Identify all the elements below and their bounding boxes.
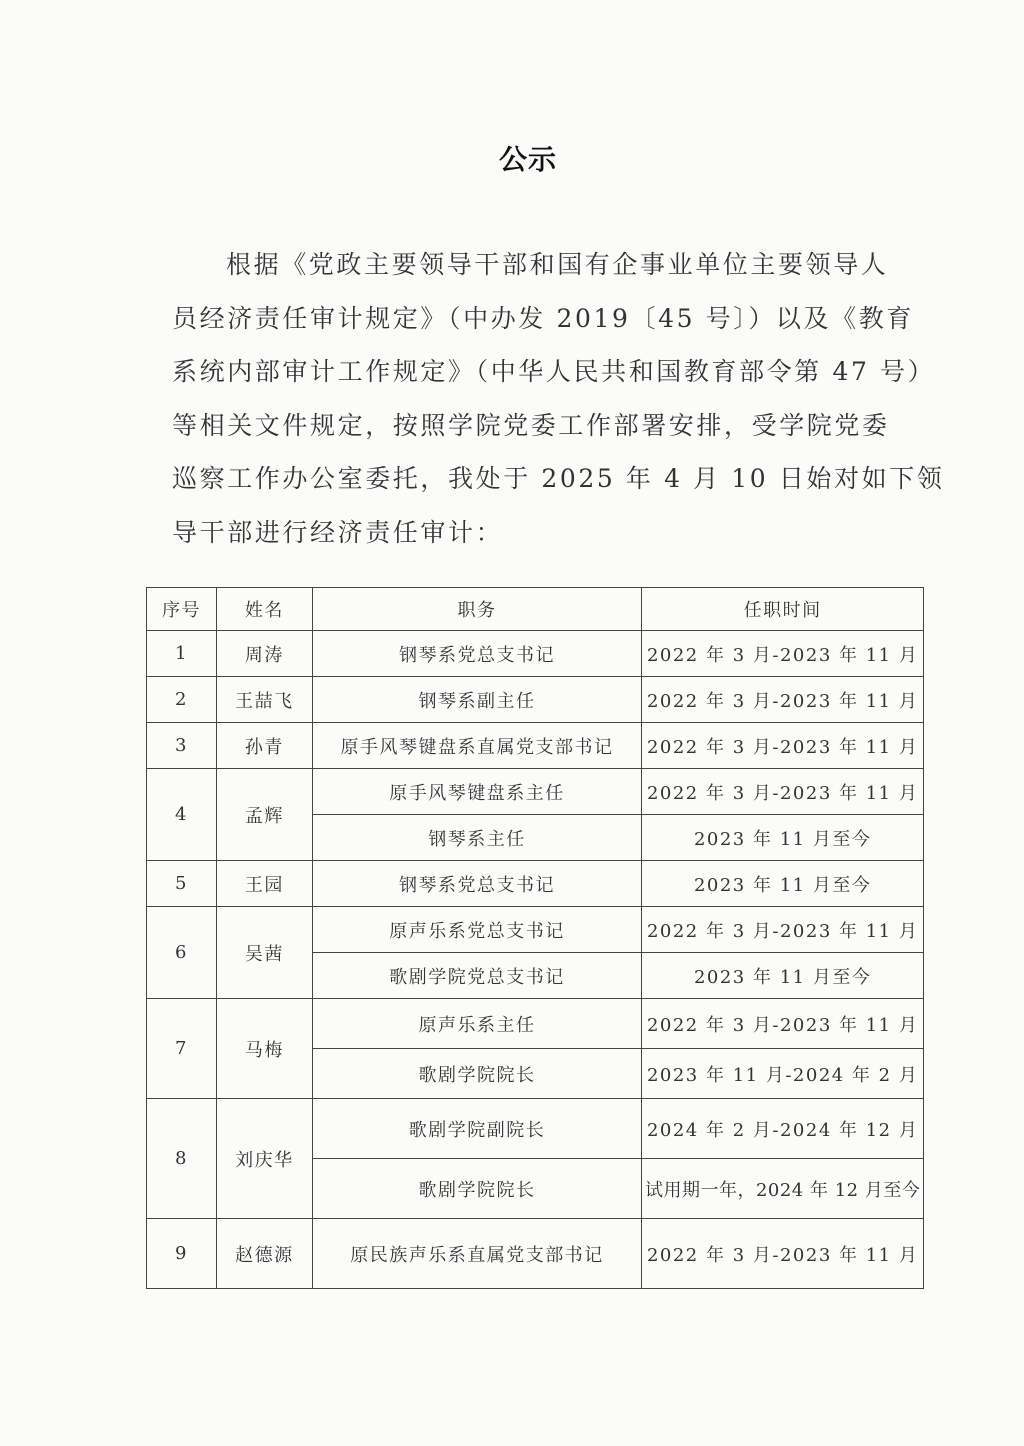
cell-name: 刘庆华	[216, 1099, 312, 1219]
cell-position: 歌剧学院院长	[312, 1159, 642, 1219]
cell-period: 2023 年 11 月至今	[642, 953, 924, 999]
paragraph-line: 员经济责任审计规定》（中办发 2019〔45 号〕）以及《教育	[172, 292, 892, 346]
table-header-row: 序号 姓名 职务 任职时间	[147, 588, 924, 631]
audit-table: 序号 姓名 职务 任职时间 1 周涛 钢琴系党总支书记 2022 年 3 月-2…	[146, 587, 924, 1289]
table-row: 4 孟辉 原手风琴键盘系主任 2022 年 3 月-2023 年 11 月	[147, 769, 924, 815]
cell-position: 原民族声乐系直属党支部书记	[312, 1219, 642, 1289]
cell-no: 3	[147, 723, 217, 769]
cell-period: 2023 年 11 月-2024 年 2 月	[642, 1049, 924, 1099]
cell-name: 孟辉	[216, 769, 312, 861]
cell-position: 原声乐系党总支书记	[312, 907, 642, 953]
cell-period: 2022 年 3 月-2023 年 11 月	[642, 677, 924, 723]
cell-period: 2022 年 3 月-2023 年 11 月	[642, 1219, 924, 1289]
cell-position: 钢琴系副主任	[312, 677, 642, 723]
header-position: 职务	[312, 588, 642, 631]
table-row: 3 孙青 原手风琴键盘系直属党支部书记 2022 年 3 月-2023 年 11…	[147, 723, 924, 769]
table-row: 5 王园 钢琴系党总支书记 2023 年 11 月至今	[147, 861, 924, 907]
cell-name: 周涛	[216, 631, 312, 677]
cell-position: 原手风琴键盘系主任	[312, 769, 642, 815]
cell-position: 歌剧学院党总支书记	[312, 953, 642, 999]
cell-position: 原手风琴键盘系直属党支部书记	[312, 723, 642, 769]
cell-period: 2024 年 2 月-2024 年 12 月	[642, 1099, 924, 1159]
cell-no: 5	[147, 861, 217, 907]
table-row: 1 周涛 钢琴系党总支书记 2022 年 3 月-2023 年 11 月	[147, 631, 924, 677]
paragraph-line: 等相关文件规定，按照学院党委工作部署安排，受学院党委	[172, 399, 892, 453]
cell-position: 钢琴系党总支书记	[312, 861, 642, 907]
cell-period: 2023 年 11 月至今	[642, 815, 924, 861]
cell-name: 马梅	[216, 999, 312, 1099]
cell-period: 2023 年 11 月至今	[642, 861, 924, 907]
cell-position: 钢琴系党总支书记	[312, 631, 642, 677]
cell-period: 试用期一年，2024 年 12 月至今	[642, 1159, 924, 1219]
table-row: 6 吴茜 原声乐系党总支书记 2022 年 3 月-2023 年 11 月	[147, 907, 924, 953]
paragraph-line: 巡察工作办公室委托，我处于 2025 年 4 月 10 日始对如下领	[172, 452, 892, 506]
document-title: 公示	[0, 138, 1024, 178]
cell-name: 赵德源	[216, 1219, 312, 1289]
paragraph-line: 根据《党政主要领导干部和国有企事业单位主要领导人	[172, 238, 892, 292]
cell-name: 王园	[216, 861, 312, 907]
cell-period: 2022 年 3 月-2023 年 11 月	[642, 999, 924, 1049]
table-row: 8 刘庆华 歌剧学院副院长 2024 年 2 月-2024 年 12 月	[147, 1099, 924, 1159]
cell-no: 1	[147, 631, 217, 677]
cell-period: 2022 年 3 月-2023 年 11 月	[642, 723, 924, 769]
intro-paragraph: 根据《党政主要领导干部和国有企事业单位主要领导人 员经济责任审计规定》（中办发 …	[172, 238, 892, 559]
table-row: 2 王喆飞 钢琴系副主任 2022 年 3 月-2023 年 11 月	[147, 677, 924, 723]
cell-name: 王喆飞	[216, 677, 312, 723]
cell-no: 9	[147, 1219, 217, 1289]
cell-no: 8	[147, 1099, 217, 1219]
cell-no: 2	[147, 677, 217, 723]
cell-position: 歌剧学院副院长	[312, 1099, 642, 1159]
paragraph-line: 系统内部审计工作规定》（中华人民共和国教育部令第 47 号）	[172, 345, 892, 399]
header-name: 姓名	[216, 588, 312, 631]
header-no: 序号	[147, 588, 217, 631]
cell-position: 原声乐系主任	[312, 999, 642, 1049]
cell-period: 2022 年 3 月-2023 年 11 月	[642, 907, 924, 953]
cell-period: 2022 年 3 月-2023 年 11 月	[642, 769, 924, 815]
cell-no: 4	[147, 769, 217, 861]
paragraph-line: 导干部进行经济责任审计：	[172, 506, 892, 560]
cell-no: 6	[147, 907, 217, 999]
table-row: 9 赵德源 原民族声乐系直属党支部书记 2022 年 3 月-2023 年 11…	[147, 1219, 924, 1289]
cell-period: 2022 年 3 月-2023 年 11 月	[642, 631, 924, 677]
header-period: 任职时间	[642, 588, 924, 631]
cell-position: 歌剧学院院长	[312, 1049, 642, 1099]
table-row: 7 马梅 原声乐系主任 2022 年 3 月-2023 年 11 月	[147, 999, 924, 1049]
cell-name: 孙青	[216, 723, 312, 769]
cell-position: 钢琴系主任	[312, 815, 642, 861]
cell-no: 7	[147, 999, 217, 1099]
cell-name: 吴茜	[216, 907, 312, 999]
